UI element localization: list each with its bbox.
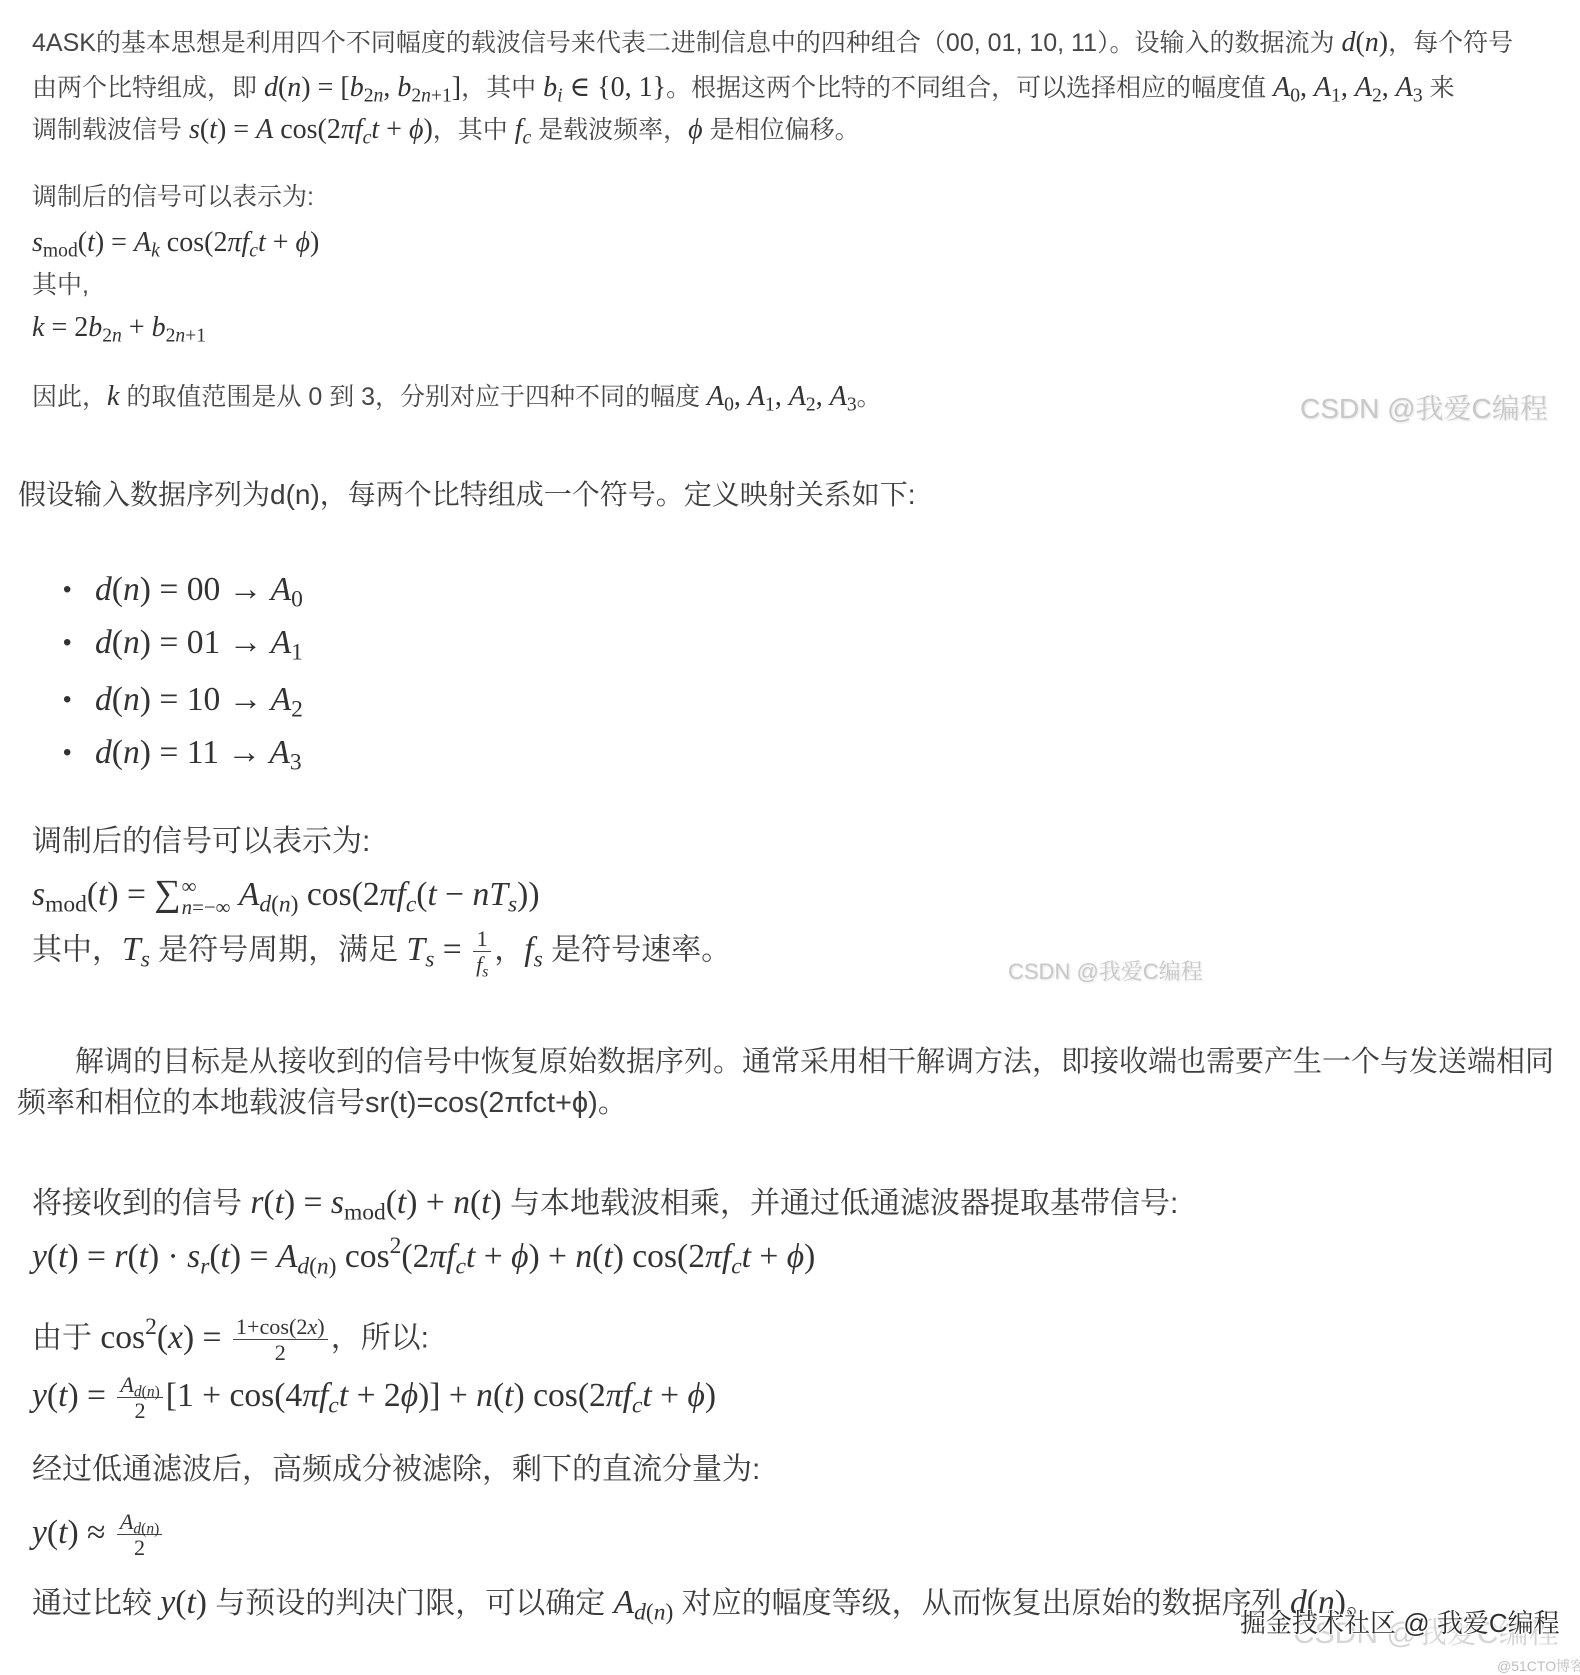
math-expression: A0, A1, A2, A3 — [1273, 72, 1423, 103]
text-run: 由两个比特组成，即 — [32, 74, 264, 102]
math-subscript: s — [141, 946, 150, 972]
math-variable: d — [95, 571, 112, 608]
math-subscript: s — [534, 946, 543, 972]
math-variable: c — [523, 127, 532, 148]
math-variable: t — [642, 1377, 651, 1414]
intro-paragraph-line-3: 调制载波信号 s(t) = A cos(2πfct + ϕ)，其中 fc 是载波… — [32, 113, 860, 147]
math-expression: d(n) = [b2n, b2n+1] — [264, 72, 461, 103]
math-variable: t — [58, 1514, 67, 1551]
math-variable: b — [397, 72, 411, 103]
math-variable: T — [489, 876, 508, 913]
math-expression: smod(t) = Ak cos(2πfct + ϕ) — [32, 227, 319, 258]
math-variable: d — [297, 1254, 309, 1280]
math-expression: d(n) = 01 → A1 — [95, 624, 303, 661]
math-variable: y — [160, 1584, 175, 1621]
text-run: 是符号周期，满足 — [150, 934, 407, 967]
math-variable: s — [141, 946, 150, 972]
intro-paragraph-line-1: 4ASK的基本思想是利用四个不同幅度的载波信号来代表二进制信息中的四种组合（00… — [32, 26, 1513, 60]
math-variable: n — [473, 876, 490, 913]
mapping-intro: 假设输入数据序列为d(n)，每两个比特组成一个符号。定义映射关系如下: — [18, 476, 916, 514]
derivation-expanded-formula: y(t) = Ad(n)2[1 + cos(4πfct + 2ϕ)] + n(t… — [32, 1372, 716, 1424]
math-variable: n — [374, 85, 384, 106]
math-variable: t — [339, 1377, 348, 1414]
math-variable: n — [123, 734, 140, 771]
math-subscript: 2n — [102, 325, 122, 346]
intro-where-label: 其中, — [32, 268, 89, 302]
math-variable: y — [32, 1238, 47, 1275]
text-run: 的取值范围是从 0 到 3，分别对应于四种不同的幅度 — [119, 383, 707, 411]
math-variable: f — [623, 1377, 632, 1414]
math-subscript: c — [406, 892, 416, 918]
math-variable: π — [429, 1238, 446, 1275]
math-variable: n — [476, 1377, 493, 1414]
math-variable: c — [456, 1254, 466, 1280]
math-variable: b — [543, 72, 557, 103]
math-subscript: 3 — [290, 750, 302, 776]
math-variable: n — [654, 1600, 666, 1626]
intro-k-formula: k = 2b2n + b2n+1 — [32, 311, 206, 345]
math-variable: s — [187, 1238, 200, 1275]
math-fraction: 1+cos(2x)2 — [233, 1314, 328, 1366]
math-variable: f — [446, 1238, 455, 1275]
math-expression: y(t) = Ad(n)2[1 + cos(4πfct + 2ϕ)] + n(t… — [32, 1377, 716, 1414]
text-run: 由于 — [32, 1322, 100, 1355]
text-run: ， — [494, 934, 524, 967]
math-subscript: c — [731, 1254, 741, 1280]
math-variable: f — [722, 1238, 731, 1275]
math-subscript: i — [557, 85, 562, 106]
math-variable: n — [175, 325, 185, 346]
math-subscript: d(n) — [259, 892, 298, 918]
modulation-formula: smod(t) = ∑∞n=−∞ Ad(n) cos(2πfc(t − nTs)… — [32, 872, 540, 918]
math-fraction: 1fs — [473, 926, 491, 978]
math-subscript: 1 — [765, 394, 775, 415]
math-expression: d(n) = 11 → A3 — [95, 734, 302, 771]
math-variable: n — [421, 85, 431, 106]
summation-symbol: ∑ — [154, 872, 180, 913]
math-expression: d(n) = 10 → A2 — [95, 681, 303, 718]
math-variable: f — [396, 876, 405, 913]
math-variable: n — [147, 1383, 155, 1400]
math-subscript: 0 — [1290, 85, 1300, 106]
math-variable: π — [227, 227, 241, 258]
math-variable: t — [58, 1238, 67, 1275]
math-variable: ϕ — [688, 1377, 705, 1414]
math-subscript: s — [508, 892, 517, 918]
math-subscript: mod — [45, 892, 87, 918]
math-variable: π — [705, 1238, 722, 1275]
math-subscript: c — [249, 240, 258, 261]
text-run: 因此， — [32, 383, 107, 411]
derivation-multiply: 将接收到的信号 r(t) = smod(t) + n(t) 与本地载波相乘，并通… — [32, 1182, 1178, 1225]
math-variable: x — [168, 1319, 183, 1356]
math-variable: A — [830, 381, 847, 412]
fraction-denominator: fs — [473, 952, 491, 977]
math-subscript: 0 — [291, 587, 303, 613]
math-subscript: 3 — [847, 394, 857, 415]
math-variable: s — [425, 946, 434, 972]
derivation-lowpass-label: 经过低通滤波后，高频成分被滤除，剩下的直流分量为: — [32, 1449, 760, 1491]
math-variable: A — [277, 1238, 298, 1275]
math-variable: ϕ — [409, 114, 424, 145]
math-expression: s(t) = A cos(2πfct + ϕ) — [189, 114, 433, 145]
demodulation-line-1: 解调的目标是从接收到的信号中恢复原始数据序列。通常采用相干解调方法，即接收端也需… — [75, 1042, 1554, 1082]
math-variable: t — [466, 1238, 475, 1275]
intro-modulated-formula: smod(t) = Ak cos(2πfct + ϕ) — [32, 226, 319, 260]
intro-paragraph-line-2: 由两个比特组成，即 d(n) = [b2n, b2n+1]，其中 bi ∈ {0… — [32, 71, 1455, 105]
math-variable: k — [32, 312, 44, 343]
math-variable: r — [200, 1254, 209, 1280]
math-expression: y(t) ≈ Ad(n)2 — [32, 1514, 165, 1551]
bullet-icon: • — [63, 731, 71, 775]
math-variable: t — [209, 114, 217, 145]
math-expression: d(n) = 00 → A0 — [95, 571, 303, 608]
math-variable: d — [259, 892, 271, 918]
math-variable: A — [789, 381, 806, 412]
derivation-identity: 由于 cos2(x) = 1+cos(2x)2，所以: — [32, 1314, 429, 1366]
math-expression: Ts = 1fs — [407, 931, 495, 968]
text-run: 与预设的判决门限，可以确定 — [207, 1587, 614, 1620]
math-variable: n — [279, 892, 291, 918]
math-variable: t — [139, 1238, 148, 1275]
derivation-product-formula: y(t) = r(t) · sr(t) = Ad(n) cos2(2πfct +… — [32, 1236, 815, 1279]
math-variable: f — [524, 931, 533, 968]
math-variable: π — [341, 114, 355, 145]
math-variable: A — [271, 624, 292, 661]
math-subscript: s — [425, 946, 434, 972]
math-variable: c — [406, 892, 416, 918]
math-variable: d — [1341, 27, 1355, 58]
mapping-item-00: d(n) = 00 → A0 — [95, 568, 303, 613]
math-variable: k — [151, 240, 160, 261]
math-variable: n — [287, 72, 301, 103]
modulation-where: 其中，Ts 是符号周期，满足 Ts = 1fs，fs 是符号速率。 — [32, 926, 731, 978]
math-subscript: 3 — [1413, 85, 1423, 106]
juejin-watermark: 掘金技术社区 @ 我爱C编程 — [1240, 1606, 1560, 1640]
math-subscript: 0 — [724, 394, 734, 415]
math-variable: d — [264, 72, 278, 103]
fraction-numerator: Ad(n) — [117, 1509, 162, 1535]
math-variable: t — [371, 114, 379, 145]
bullet-icon: • — [63, 621, 71, 665]
math-subscript: 1 — [1331, 85, 1341, 106]
math-variable: A — [271, 681, 292, 718]
math-variable: y — [32, 1514, 47, 1551]
csdn-watermark: CSDN @我爱C编程 — [1300, 391, 1548, 427]
math-variable: π — [302, 1377, 319, 1414]
math-subscript: 2n+1 — [411, 85, 451, 106]
math-variable: A — [271, 571, 292, 608]
math-variable: A — [134, 227, 151, 258]
math-variable: f — [319, 1377, 328, 1414]
math-variable: n — [146, 1520, 154, 1537]
math-variable: y — [32, 1377, 47, 1414]
math-variable: s — [32, 876, 45, 913]
math-variable: A — [1355, 72, 1372, 103]
math-variable: s — [189, 114, 200, 145]
math-variable: ϕ — [688, 114, 703, 145]
upper-limit: ∞ — [182, 876, 231, 897]
math-expression: fc — [515, 114, 531, 145]
text-run: 4ASK的基本思想是利用四个不同幅度的载波信号来代表二进制信息中的四种组合（00… — [32, 29, 1341, 57]
text-run: ，每个符号 — [1388, 29, 1513, 57]
math-subscript: s — [482, 964, 488, 981]
text-run: 是载波频率， — [531, 116, 688, 144]
math-expression: y(t) — [160, 1584, 207, 1621]
text-run: ，所以: — [331, 1322, 429, 1355]
math-variable: s — [331, 1184, 344, 1221]
modulation-label: 调制后的信号可以表示为: — [32, 821, 370, 863]
math-subscript: d(n) — [634, 1600, 673, 1626]
math-variable: π — [380, 876, 397, 913]
math-expression: A0, A1, A2, A3 — [707, 381, 857, 412]
csdn-watermark: CSDN @我爱C编程 — [1008, 958, 1203, 986]
text-run: ，其中 — [433, 116, 515, 144]
mapping-item-10: d(n) = 10 → A2 — [95, 678, 303, 723]
fraction-numerator: 1+cos(2x) — [233, 1314, 328, 1340]
math-variable: A — [256, 114, 273, 145]
math-subscript: 2 — [1372, 85, 1382, 106]
math-variable: A — [269, 734, 290, 771]
math-subscript: c — [523, 127, 532, 148]
math-variable: A — [120, 1372, 134, 1397]
text-run: 与本地载波相乘，并通过低通滤波器提取基带信号: — [502, 1187, 1179, 1220]
math-fraction: Ad(n)2 — [117, 1372, 162, 1424]
math-variable: t — [427, 876, 436, 913]
text-run: 。根据这两个比特的不同组合，可以选择相应的幅度值 — [666, 74, 1273, 102]
math-variable: f — [355, 114, 363, 145]
math-subscript: c — [632, 1392, 642, 1418]
math-variable: T — [407, 931, 426, 968]
fraction-denominator: 2 — [117, 1398, 162, 1423]
math-subscript: c — [456, 1254, 466, 1280]
math-variable: t — [397, 1184, 406, 1221]
math-variable: n — [182, 895, 192, 919]
math-variable: c — [731, 1254, 741, 1280]
math-expression: fs — [524, 931, 543, 968]
math-variable: n — [1365, 27, 1379, 58]
math-variable: π — [606, 1377, 623, 1414]
mapping-item-01: d(n) = 01 → A1 — [95, 621, 303, 666]
math-subscript: k — [151, 240, 160, 261]
derivation-dc-formula: y(t) ≈ Ad(n)2 — [32, 1509, 165, 1561]
math-subscript: 1 — [291, 640, 303, 666]
fraction-numerator: 1 — [473, 926, 491, 952]
math-variable: i — [557, 85, 562, 106]
math-variable: A — [614, 1584, 635, 1621]
math-expression: k = 2b2n + b2n+1 — [32, 312, 206, 343]
math-variable: c — [249, 240, 258, 261]
text-run: 将接收到的信号 — [32, 1187, 250, 1220]
text-run: ，其中 — [461, 74, 543, 102]
math-variable: T — [122, 931, 141, 968]
math-variable: k — [107, 381, 119, 412]
math-variable: s — [482, 964, 488, 981]
math-variable: d — [95, 624, 112, 661]
lower-limit: n=−∞ — [182, 897, 231, 918]
math-variable: d — [95, 681, 112, 718]
math-variable: ϕ — [511, 1238, 528, 1275]
text-run: 是符号速率。 — [543, 934, 731, 967]
math-variable: A — [1273, 72, 1290, 103]
intro-modulated-label: 调制后的信号可以表示为: — [32, 180, 314, 214]
math-variable: A — [1314, 72, 1331, 103]
math-variable: A — [748, 381, 765, 412]
fraction-denominator: 2 — [117, 1535, 162, 1560]
math-variable: r — [114, 1238, 127, 1275]
text-run: 对应的幅度等级，从而恢复出原始的数据序列 — [673, 1587, 1290, 1620]
math-subscript: 2 — [291, 697, 303, 723]
math-expression: y(t) = r(t) · sr(t) = Ad(n) cos2(2πfct +… — [32, 1238, 815, 1275]
math-variable: n — [112, 325, 122, 346]
math-variable: n — [453, 1184, 470, 1221]
demodulation-line-2: 频率和相位的本地载波信号sr(t)=cos(2πfct+ϕ)。 — [17, 1083, 627, 1123]
derivation-decision: 通过比较 y(t) 与预设的判决门限，可以确定 Ad(n) 对应的幅度等级，从而… — [32, 1582, 1376, 1625]
math-variable: ϕ — [401, 1377, 418, 1414]
math-expression: r(t) = smod(t) + n(t) — [250, 1184, 501, 1221]
math-subscript: d(n) — [297, 1254, 336, 1280]
math-variable: n — [575, 1238, 592, 1275]
text-run: 。 — [857, 383, 882, 411]
math-expression: cos2(x) = 1+cos(2x)2 — [100, 1319, 330, 1356]
math-superscript: 2 — [390, 1233, 402, 1259]
math-subscript: 2n+1 — [166, 325, 206, 346]
math-subscript: mod — [344, 1200, 386, 1226]
math-variable: t — [98, 876, 107, 913]
math-variable: t — [258, 227, 266, 258]
math-variable: d — [634, 1600, 646, 1626]
math-superscript: 2 — [145, 1314, 157, 1340]
math-variable: b — [88, 312, 102, 343]
math-variable: t — [742, 1238, 751, 1275]
text-run: 通过比较 — [32, 1587, 160, 1620]
math-variable: n — [123, 571, 140, 608]
math-variable: t — [481, 1184, 490, 1221]
math-variable: c — [632, 1392, 642, 1418]
math-variable: b — [350, 72, 364, 103]
math-variable: s — [32, 227, 43, 258]
math-expression: d(n) — [1341, 27, 1388, 58]
math-expression: k — [107, 381, 119, 412]
math-expression: smod(t) = ∑∞n=−∞ Ad(n) cos(2πfc(t − nTs)… — [32, 876, 540, 913]
math-expression: Ad(n) — [614, 1584, 674, 1621]
summation-limits: ∞n=−∞ — [182, 876, 231, 918]
math-variable: f — [515, 114, 523, 145]
math-variable: A — [239, 876, 260, 913]
math-subscript: 2 — [806, 394, 816, 415]
math-expression: Ts — [122, 931, 150, 968]
text-run: 其中， — [32, 934, 122, 967]
math-variable: s — [534, 946, 543, 972]
math-variable: t — [275, 1184, 284, 1221]
fraction-numerator: Ad(n) — [117, 1372, 162, 1398]
text-run: 来 — [1423, 74, 1455, 102]
math-variable: t — [221, 1238, 230, 1275]
fraction-denominator: 2 — [233, 1340, 328, 1365]
math-variable: ϕ — [787, 1238, 804, 1275]
math-variable: n — [123, 624, 140, 661]
math-expression: ϕ — [688, 114, 703, 145]
math-variable: t — [603, 1238, 612, 1275]
math-variable: c — [328, 1392, 338, 1418]
math-variable: ϕ — [296, 227, 311, 258]
math-variable: t — [58, 1377, 67, 1414]
math-variable: A — [1396, 72, 1413, 103]
math-variable: t — [186, 1584, 195, 1621]
math-subscript: mod — [43, 240, 78, 261]
math-variable: A — [707, 381, 724, 412]
math-variable: n — [317, 1254, 329, 1280]
math-subscript: r — [200, 1254, 209, 1280]
intro-k-range: 因此，k 的取值范围是从 0 到 3，分别对应于四种不同的幅度 A0, A1, … — [32, 380, 882, 414]
mapping-item-11: d(n) = 11 → A3 — [95, 731, 302, 776]
text-run: 调制载波信号 — [32, 116, 189, 144]
math-variable: A — [120, 1509, 134, 1534]
math-variable: r — [250, 1184, 263, 1221]
51cto-watermark: @51CTO博客 — [1497, 1658, 1580, 1674]
math-expression: bi ∈ {0, 1} — [543, 72, 666, 103]
math-variable: s — [508, 892, 517, 918]
math-variable: d — [95, 734, 112, 771]
bullet-icon: • — [63, 678, 71, 722]
math-variable: x — [307, 1314, 317, 1339]
math-fraction: Ad(n)2 — [117, 1509, 162, 1561]
bullet-icon: • — [63, 568, 71, 612]
math-variable: t — [504, 1377, 513, 1414]
math-subscript: c — [328, 1392, 338, 1418]
math-subscript: 2n — [364, 85, 384, 106]
math-variable: t — [87, 227, 95, 258]
math-variable: b — [152, 312, 166, 343]
text-run: 是相位偏移。 — [703, 116, 860, 144]
math-variable: n — [123, 681, 140, 718]
